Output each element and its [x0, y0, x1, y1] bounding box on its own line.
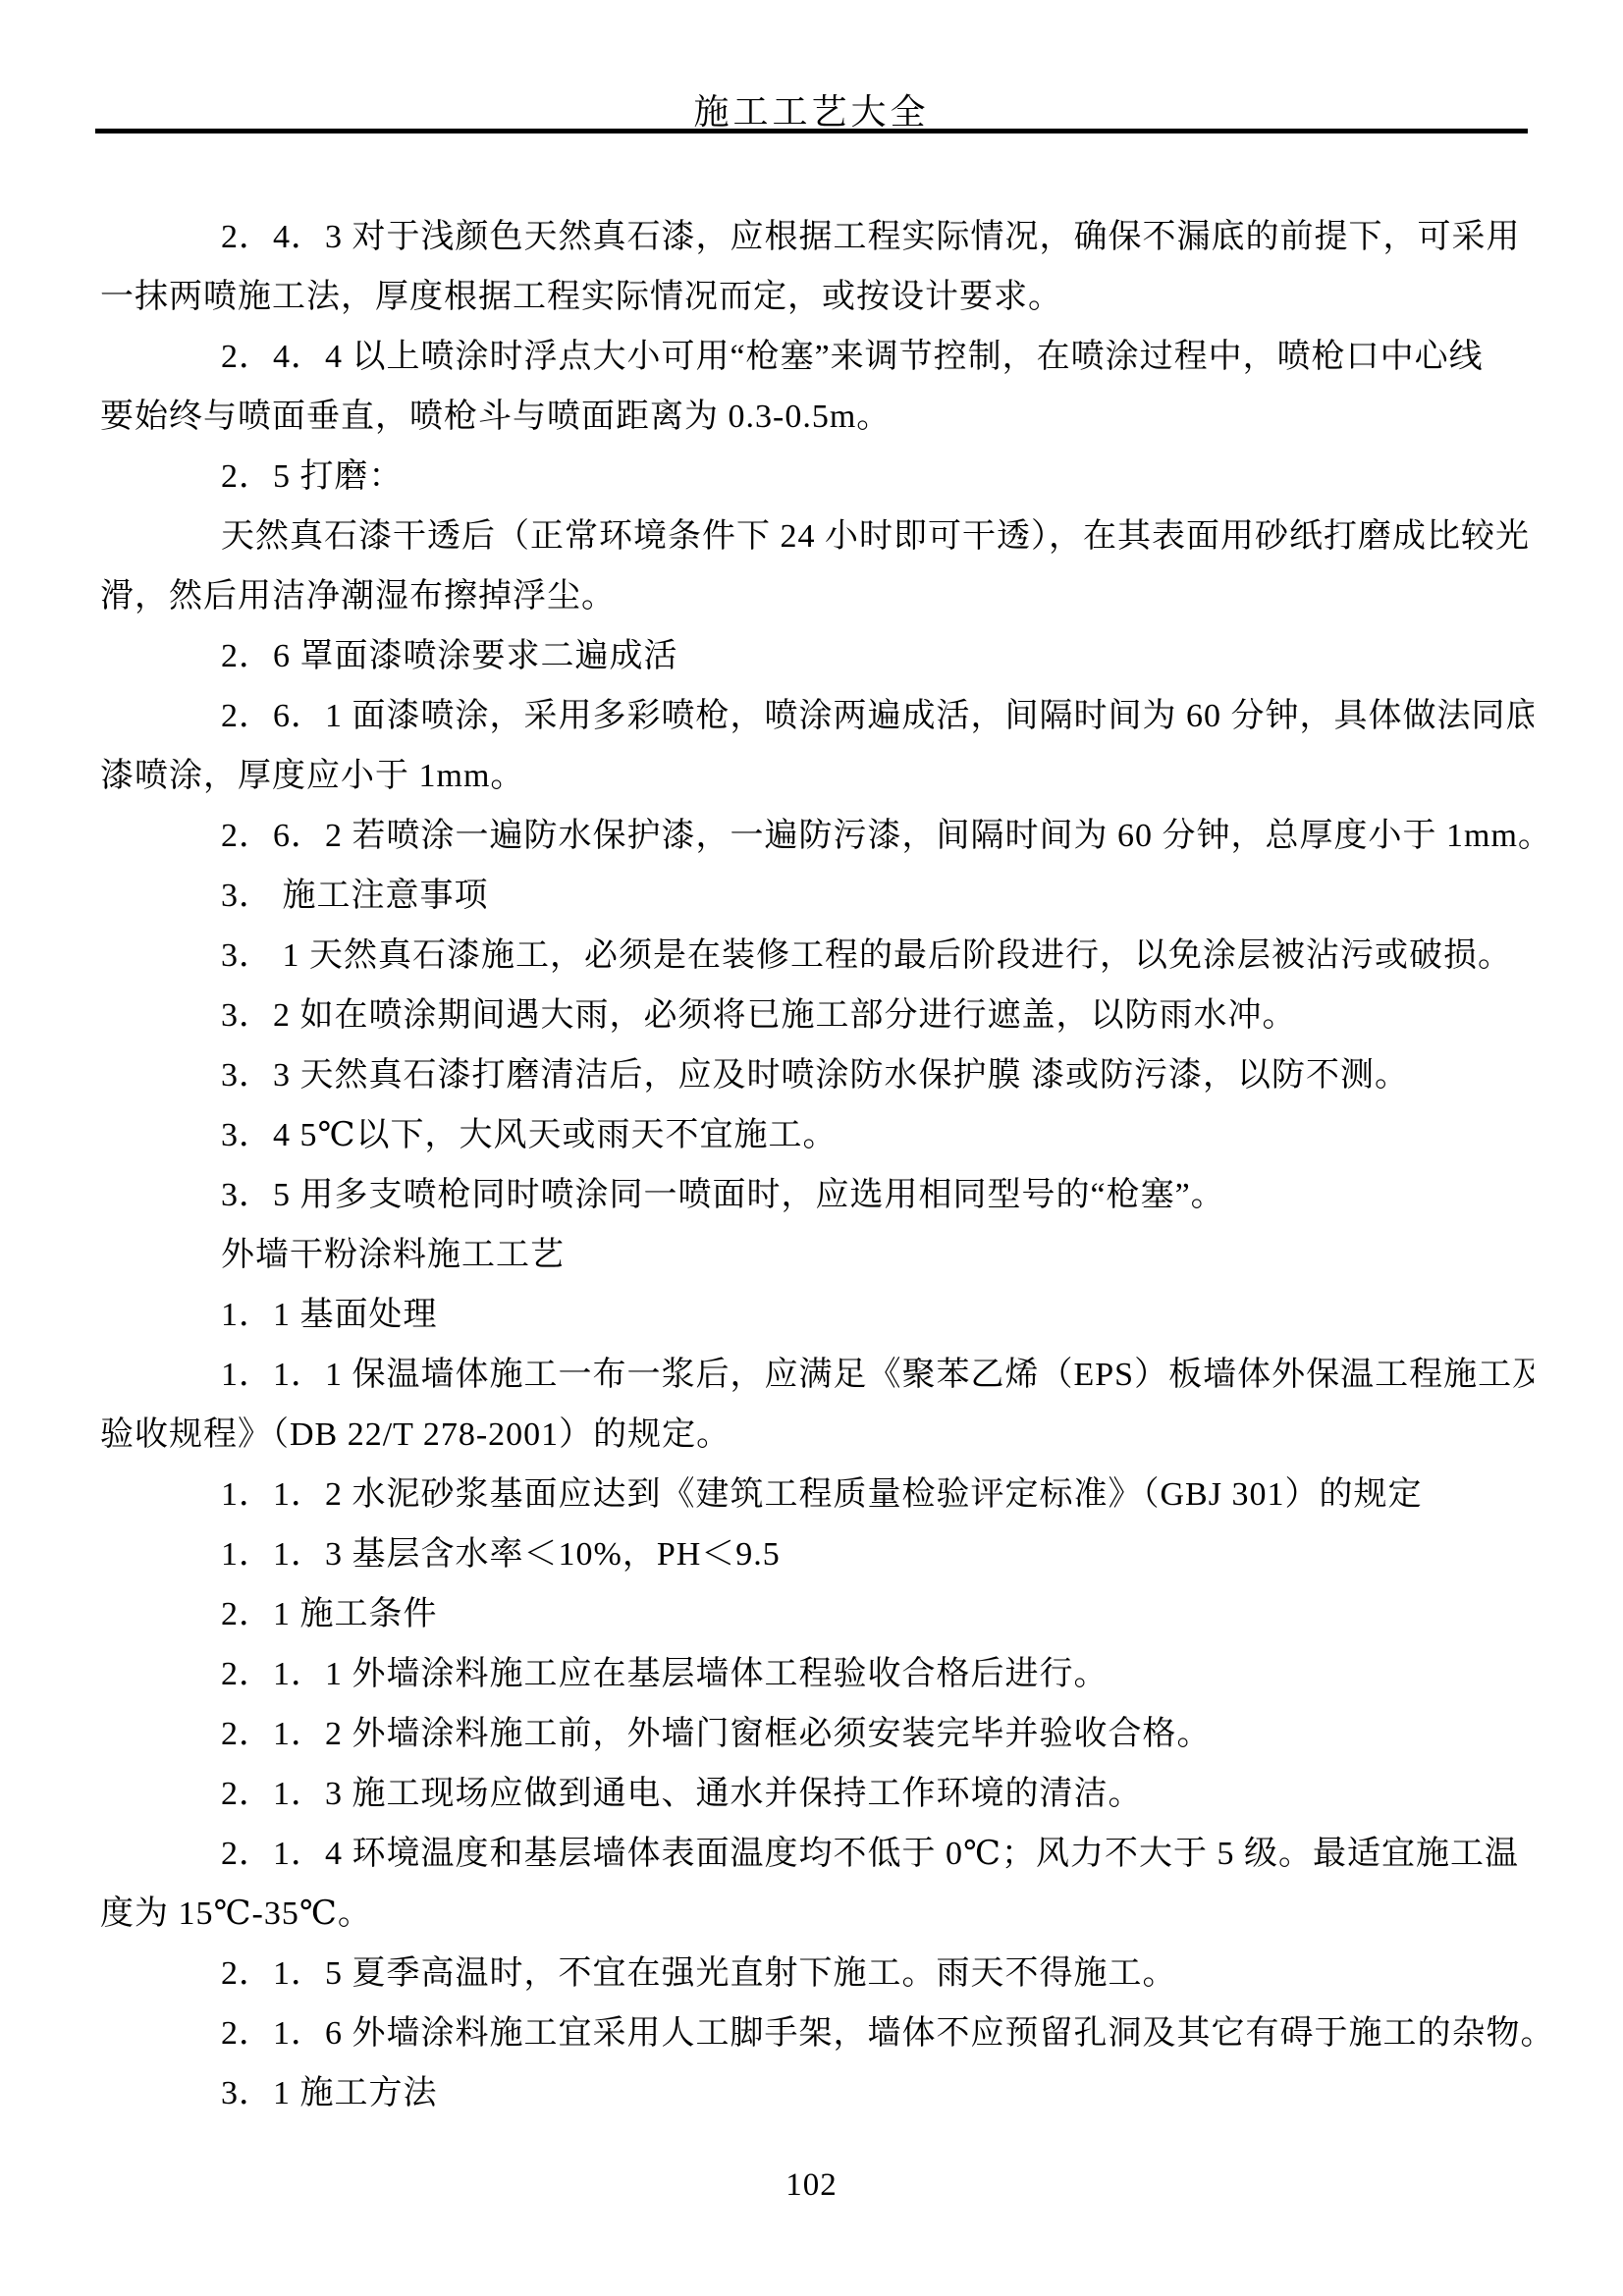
- text-line: 3．3 天然真石漆打磨清洁后，应及时喷涂防水保护膜 漆或防污漆，以防不测。: [100, 1045, 1534, 1105]
- text-line: 2．1．6 外墙涂料施工宜采用人工脚手架，墙体不应预留孔洞及其它有碍于施工的杂物…: [100, 2003, 1534, 2063]
- text-line: 2．6．1 面漆喷涂，采用多彩喷枪，喷涂两遍成活，间隔时间为 60 分钟，具体做…: [100, 686, 1534, 746]
- text-line: 3．1 施工方法: [100, 2063, 1534, 2123]
- text-line: 1．1．2 水泥砂浆基面应达到《建筑工程质量检验评定标准》（GBJ 301）的规…: [100, 1465, 1534, 1524]
- document-body: 2．4．3 对于浅颜色天然真石漆，应根据工程实际情况，确保不漏底的前提下，可采用…: [100, 207, 1534, 2123]
- text-line: 外墙干粉涂料施工工艺: [100, 1225, 1534, 1285]
- header-divider-rule: [95, 129, 1528, 133]
- text-line: 2．6 罩面漆喷涂要求二遍成活: [100, 626, 1534, 686]
- text-line: 3．4 5℃以下，大风天或雨天不宜施工。: [100, 1105, 1534, 1165]
- page-header-title: 施工工艺大全: [0, 84, 1623, 134]
- text-line: 2．1．1 外墙涂料施工应在基层墙体工程验收合格后进行。: [100, 1644, 1534, 1704]
- text-line: 2．1．5 夏季高温时，不宜在强光直射下施工。雨天不得施工。: [100, 1944, 1534, 2003]
- text-line: 度为 15℃-35℃。: [100, 1884, 1534, 1944]
- text-line: 2．5 打磨：: [100, 447, 1534, 507]
- text-line: 2．6．2 若喷涂一遍防水保护漆，一遍防污漆，间隔时间为 60 分钟，总厚度小于…: [100, 806, 1534, 866]
- text-line: 2．1．4 环境温度和基层墙体表面温度均不低于 0℃；风力不大于 5 级。最适宜…: [100, 1824, 1534, 1884]
- text-line: 验收规程》（DB 22/T 278-2001）的规定。: [100, 1405, 1534, 1465]
- text-line: 3． 施工注意事项: [100, 866, 1534, 926]
- text-line: 天然真石漆干透后（正常环境条件下 24 小时即可干透），在其表面用砂纸打磨成比较…: [100, 507, 1534, 566]
- text-line: 要始终与喷面垂直，喷枪斗与喷面距离为 0.3-0.5m。: [100, 387, 1534, 447]
- text-line: 2．4．4 以上喷涂时浮点大小可用“枪塞”来调节控制，在喷涂过程中，喷枪口中心线: [100, 327, 1534, 387]
- text-line: 一抹两喷施工法，厚度根据工程实际情况而定，或按设计要求。: [100, 267, 1534, 327]
- text-line: 2．1 施工条件: [100, 1584, 1534, 1644]
- text-line: 1．1 基面处理: [100, 1285, 1534, 1345]
- text-line: 3．5 用多支喷枪同时喷涂同一喷面时，应选用相同型号的“枪塞”。: [100, 1165, 1534, 1225]
- document-page: 施工工艺大全 2．4．3 对于浅颜色天然真石漆，应根据工程实际情况，确保不漏底的…: [0, 0, 1623, 2296]
- text-line: 2．1．3 施工现场应做到通电、通水并保持工作环境的清洁。: [100, 1764, 1534, 1824]
- text-line: 2．1．2 外墙涂料施工前，外墙门窗框必须安装完毕并验收合格。: [100, 1704, 1534, 1764]
- text-line: 3． 1 天然真石漆施工，必须是在装修工程的最后阶段进行，以免涂层被沾污或破损。: [100, 926, 1534, 986]
- page-number: 102: [0, 2167, 1623, 2204]
- text-line: 1．1．1 保温墙体施工一布一浆后，应满足《聚苯乙烯（EPS）板墙体外保温工程施…: [100, 1345, 1534, 1405]
- text-line: 滑，然后用洁净潮湿布擦掉浮尘。: [100, 566, 1534, 626]
- text-line: 2．4．3 对于浅颜色天然真石漆，应根据工程实际情况，确保不漏底的前提下，可采用: [100, 207, 1534, 267]
- text-line: 漆喷涂，厚度应小于 1mm。: [100, 746, 1534, 806]
- text-line: 3．2 如在喷涂期间遇大雨，必须将已施工部分进行遮盖，以防雨水冲。: [100, 986, 1534, 1045]
- text-line: 1．1．3 基层含水率＜10%，PH＜9.5: [100, 1524, 1534, 1584]
